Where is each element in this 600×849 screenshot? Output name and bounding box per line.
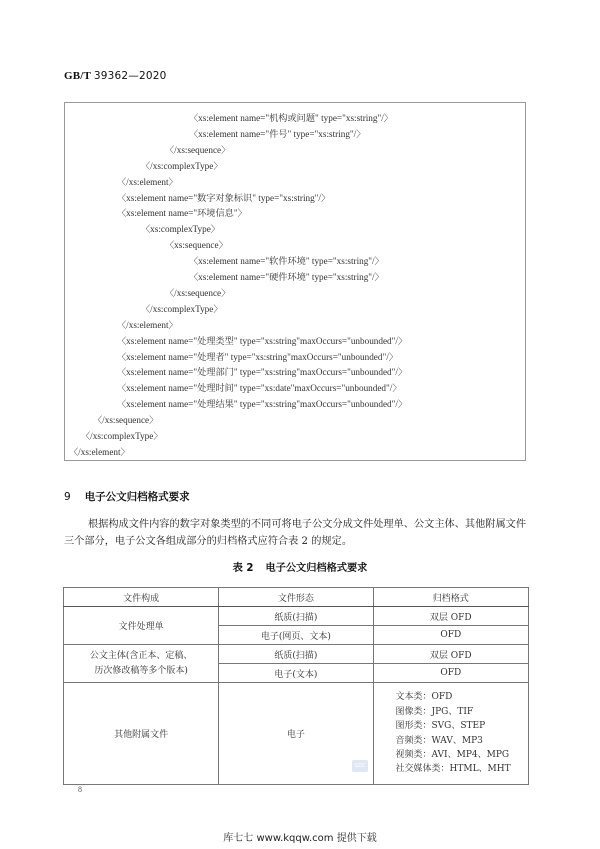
form-cell: 纸质(扫描) [219, 607, 373, 626]
composition-cell: 其他附属文件 [64, 683, 219, 785]
header-format: 归档格式 [373, 588, 529, 607]
format-item: 视频类：AVI、MP4、MPG [396, 748, 529, 762]
code-line: 〈xs:element name="处理者" type="xs:string"m… [117, 351, 398, 364]
section-title: 电子公文归档格式要求 [85, 491, 190, 503]
standard-id: GB/T 39362—2020 [64, 70, 166, 82]
code-line: 〈xs:element name="环境信息"〉 [117, 207, 247, 220]
section-heading: 9电子公文归档格式要求 [64, 489, 190, 504]
code-line: 〈/xs:complexType〉 [81, 430, 163, 443]
xml-schema-code-block: 〈xs:element name="机构或问题" type="xs:string… [64, 102, 526, 461]
table-number: 表 2 [233, 563, 254, 574]
code-line: 〈xs:sequence〉 [165, 239, 228, 252]
format-item: 社交媒体类：HTML、MHT [396, 762, 529, 776]
format-item: 图形类：SVG、STEP [396, 719, 529, 733]
archive-format-table: 文件构成 文件形态 归档格式 文件处理单 纸质(扫描) 双层 OFD 电子(网页… [63, 587, 529, 785]
code-line: 〈xs:element name="件号" type="xs:string"/〉 [189, 128, 365, 141]
page-number: 8 [78, 785, 82, 794]
code-line: 〈xs:element name="数字对象标识" type="xs:strin… [117, 192, 330, 205]
section-number: 9 [64, 491, 71, 503]
code-line: 〈xs:element name="处理时间" type="xs:date"ma… [117, 382, 402, 395]
format-cell: 双层 OFD [373, 645, 529, 664]
code-line: 〈xs:element name="处理结果" type="xs:string"… [117, 398, 407, 411]
code-line: 〈/xs:element〉 [69, 446, 130, 459]
table-title: 电子公文归档格式要求 [265, 563, 367, 574]
composition-line: 历次修改稿等多个版本) [64, 664, 218, 679]
download-note: 库七七 www.kqqw.com 提供下载 [0, 829, 600, 844]
composition-cell: 公文主体(含正本、定稿、 历次修改稿等多个版本) [64, 645, 219, 683]
composition-cell: 文件处理单 [64, 607, 219, 645]
code-line: 〈/xs:complexType〉 [141, 160, 223, 173]
header-composition: 文件构成 [64, 588, 219, 607]
table-header-row: 文件构成 文件形态 归档格式 [64, 588, 529, 607]
table-row: 其他附属文件 电子 文本类：OFD 图像类：JPG、TIF 图形类：SVG、ST… [64, 683, 529, 785]
code-line: 〈/xs:sequence〉 [165, 287, 230, 300]
code-line: 〈/xs:sequence〉 [93, 414, 158, 427]
standard-number: 39362—2020 [94, 70, 167, 82]
standard-prefix: GB/T [64, 70, 91, 82]
format-item: 文本类：OFD [396, 690, 529, 704]
format-cell: 双层 OFD [373, 607, 529, 626]
format-item: 音频类：WAV、MP3 [396, 734, 529, 748]
code-line: 〈xs:element name="机构或问题" type="xs:string… [189, 112, 393, 125]
code-line: 〈xs:element name="硬件环境" type="xs:string"… [189, 271, 384, 284]
code-line: 〈xs:complexType〉 [141, 223, 220, 236]
format-item: 图像类：JPG、TIF [396, 705, 529, 719]
code-line: 〈/xs:complexType〉 [141, 303, 223, 316]
table-row: 文件处理单 纸质(扫描) 双层 OFD [64, 607, 529, 626]
form-cell: 纸质(扫描) [219, 645, 373, 664]
form-cell: 电子(网页、文本) [219, 626, 373, 645]
paragraph-line-1: 根据构成文件内容的数字对象类型的不同可将电子公文分成文件处理单、公文主体、其他附… [64, 517, 534, 533]
composition-line: 公文主体(含正本、定稿、 [64, 649, 218, 664]
szic-watermark-icon: SZIC [352, 760, 368, 772]
form-cell: 电子(文本) [219, 664, 373, 683]
table-row: 公文主体(含正本、定稿、 历次修改稿等多个版本) 纸质(扫描) 双层 OFD [64, 645, 529, 664]
code-line: 〈/xs:element〉 [117, 176, 178, 189]
format-cell: OFD [373, 626, 529, 645]
format-cell: OFD [373, 664, 529, 683]
code-line: 〈xs:element name="处理类型" type="xs:string"… [117, 335, 407, 348]
code-line: 〈xs:element name="软件环境" type="xs:string"… [189, 255, 384, 268]
code-line: 〈xs:element name="处理部门" type="xs:string"… [117, 366, 407, 379]
code-line: 〈/xs:sequence〉 [165, 144, 230, 157]
header-form: 文件形态 [219, 588, 373, 607]
table-caption: 表 2电子公文归档格式要求 [0, 559, 600, 574]
paragraph-line-2: 三个部分，电子公文各组成部分的归档格式应符合表 2 的规定。 [64, 534, 534, 550]
form-cell: 电子 [219, 683, 373, 785]
format-list-cell: 文本类：OFD 图像类：JPG、TIF 图形类：SVG、STEP 音频类：WAV… [373, 683, 529, 785]
code-line: 〈/xs:element〉 [117, 319, 178, 332]
